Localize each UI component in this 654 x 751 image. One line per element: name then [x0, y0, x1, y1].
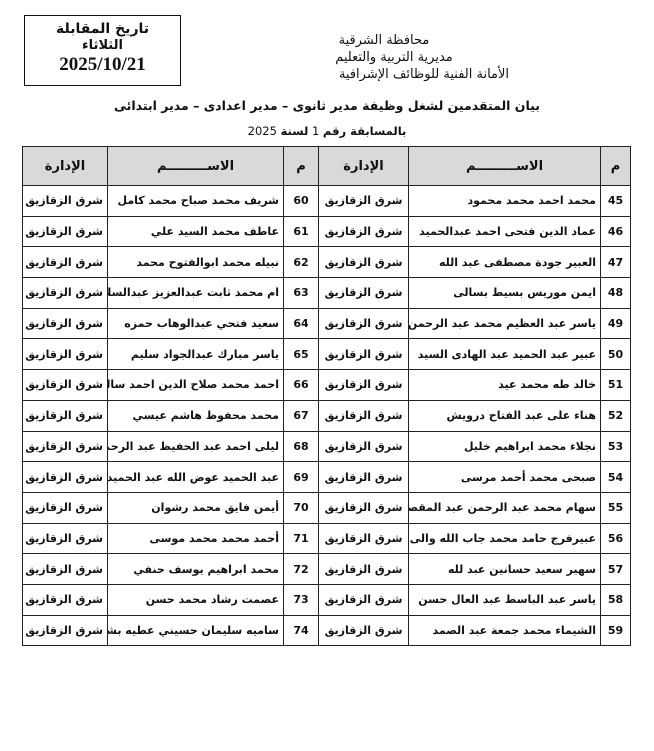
administration: شرق الزقازيق [23, 216, 108, 247]
column-header-administration: الإدارة [319, 147, 409, 186]
applicant-name: عبد الحميد عوض الله عبد الحميد [108, 462, 284, 493]
row-number: 49 [601, 308, 631, 339]
administration: شرق الزقازيق [319, 615, 409, 646]
applicant-name: سهام محمد عبد الرحمن عبد المقصود [409, 492, 601, 523]
administration: شرق الزقازيق [319, 247, 409, 278]
administration: شرق الزقازيق [23, 186, 108, 217]
row-number: 54 [601, 462, 631, 493]
administration: شرق الزقازيق [23, 554, 108, 585]
table-row: 46عماد الدين فتحى احمد عبدالحميدشرق الزق… [23, 216, 631, 247]
applicant-name: محمد محفوظ هاشم عيسي [108, 400, 284, 431]
competition-number: 1 [312, 124, 319, 138]
row-number: 48 [601, 278, 631, 309]
row-number: 57 [601, 554, 631, 585]
administration: شرق الزقازيق [319, 216, 409, 247]
applicant-name: ياسر عبد الباسط عبد العال حسن [409, 584, 601, 615]
administration: شرق الزقازيق [23, 370, 108, 401]
table-row: 56عبيرفرج حامد محمد جاب الله والىشرق الز… [23, 523, 631, 554]
subtitle-year-label: لسنة [281, 124, 309, 138]
table-row: 53نجلاء محمد ابراهيم خليلشرق الزقازيق68ل… [23, 431, 631, 462]
administration: شرق الزقازيق [319, 400, 409, 431]
applicant-name: عماد الدين فتحى احمد عبدالحميد [409, 216, 601, 247]
row-number: 64 [284, 308, 319, 339]
applicant-name: احمد محمد صلاح الدين احمد سالم [108, 370, 284, 401]
applicant-name: نبيله محمد ابوالفتوح محمد [108, 247, 284, 278]
administration: شرق الزقازيق [23, 462, 108, 493]
applicant-name: محمد ابراهيم يوسف حنفي [108, 554, 284, 585]
administration: شرق الزقازيق [23, 584, 108, 615]
applicant-name: أيمن فايق محمد رشوان [108, 492, 284, 523]
applicant-name: عصمت رشاد محمد حسن [108, 584, 284, 615]
row-number: 63 [284, 278, 319, 309]
applicant-name: نجلاء محمد ابراهيم خليل [409, 431, 601, 462]
table-row: 51خالد طه محمد عيدشرق الزقازيق66احمد محم… [23, 370, 631, 401]
column-header-name: الاســـــــــم [409, 147, 601, 186]
table-row: 47العبير جودة مصطفى عبد اللهشرق الزقازيق… [23, 247, 631, 278]
organization-header: محافظة الشرقية مديرية التربية والتعليم ا… [284, 32, 504, 83]
row-number: 70 [284, 492, 319, 523]
row-number: 58 [601, 584, 631, 615]
department-name: الأمانة الفنية للوظائف الإشرافية [284, 66, 564, 83]
row-number: 56 [601, 523, 631, 554]
column-header-number: م [284, 147, 319, 186]
applicant-name: شريف محمد صباح محمد كامل [108, 186, 284, 217]
document-subtitle: بالمسابقة رقم 1 لسنة 2025 [0, 124, 654, 138]
row-number: 74 [284, 615, 319, 646]
applicant-name: ايمن موريس بسيط بسالى [409, 278, 601, 309]
applicant-name: الشيماء محمد جمعة عبد الصمد [409, 615, 601, 646]
applicant-name: ياسر عبد العظيم محمد عبد الرحمن [409, 308, 601, 339]
interview-date: 2025/10/21 [25, 53, 180, 77]
row-number: 53 [601, 431, 631, 462]
row-number: 66 [284, 370, 319, 401]
row-number: 45 [601, 186, 631, 217]
row-number: 68 [284, 431, 319, 462]
table-row: 49ياسر عبد العظيم محمد عبد الرحمنشرق الز… [23, 308, 631, 339]
applicant-name: سهير سعيد حسانين عبد لله [409, 554, 601, 585]
administration: شرق الزقازيق [319, 492, 409, 523]
row-number: 52 [601, 400, 631, 431]
administration: شرق الزقازيق [319, 308, 409, 339]
administration: شرق الزقازيق [319, 584, 409, 615]
row-number: 65 [284, 339, 319, 370]
column-header-number: م [601, 147, 631, 186]
administration: شرق الزقازيق [23, 278, 108, 309]
competition-year: 2025 [248, 124, 277, 138]
administration: شرق الزقازيق [23, 615, 108, 646]
table-row: 54صبحى محمد أحمد مرسىشرق الزقازيق69عبد ا… [23, 462, 631, 493]
row-number: 50 [601, 339, 631, 370]
administration: شرق الزقازيق [319, 370, 409, 401]
administration: شرق الزقازيق [319, 462, 409, 493]
row-number: 67 [284, 400, 319, 431]
applicant-name: عبير عبد الحميد عبد الهادى السيد [409, 339, 601, 370]
administration: شرق الزقازيق [23, 308, 108, 339]
administration: شرق الزقازيق [23, 523, 108, 554]
row-number: 73 [284, 584, 319, 615]
applicant-name: محمد احمد محمد محمود [409, 186, 601, 217]
row-number: 51 [601, 370, 631, 401]
table-row: 57سهير سعيد حسانين عبد للهشرق الزقازيق72… [23, 554, 631, 585]
applicant-name: أحمد محمد محمد موسى [108, 523, 284, 554]
row-number: 47 [601, 247, 631, 278]
administration: شرق الزقازيق [319, 186, 409, 217]
applicants-table: م الاســـــــــم الإدارة م الاســـــــــ… [22, 146, 631, 646]
row-number: 46 [601, 216, 631, 247]
row-number: 55 [601, 492, 631, 523]
administration: شرق الزقازيق [319, 339, 409, 370]
applicant-name: ساميه سليمان حسيني عطيه بشر [108, 615, 284, 646]
row-number: 71 [284, 523, 319, 554]
interview-date-label: تاريخ المقابلة [25, 21, 180, 38]
administration: شرق الزقازيق [319, 554, 409, 585]
applicant-name: العبير جودة مصطفى عبد الله [409, 247, 601, 278]
subtitle-prefix: بالمسابقة رقم [323, 124, 406, 138]
administration: شرق الزقازيق [23, 492, 108, 523]
document-title: بيان المتقدمين لشغل وظيفة مدير ثانوى – م… [0, 98, 654, 113]
administration: شرق الزقازيق [23, 247, 108, 278]
table-row: 55سهام محمد عبد الرحمن عبد المقصودشرق ال… [23, 492, 631, 523]
table-row: 50عبير عبد الحميد عبد الهادى السيدشرق ال… [23, 339, 631, 370]
row-number: 72 [284, 554, 319, 585]
administration: شرق الزقازيق [319, 523, 409, 554]
row-number: 62 [284, 247, 319, 278]
row-number: 59 [601, 615, 631, 646]
table-row: 52هناء على عبد الفتاح درويششرق الزقازيق6… [23, 400, 631, 431]
table-row: 45محمد احمد محمد محمودشرق الزقازيق60شريف… [23, 186, 631, 217]
table-row: 59الشيماء محمد جمعة عبد الصمدشرق الزقازي… [23, 615, 631, 646]
row-number: 60 [284, 186, 319, 217]
column-header-name: الاســـــــــم [108, 147, 284, 186]
row-number: 61 [284, 216, 319, 247]
applicant-name: ام محمد ثابت عبدالعزيز عبدالسلام [108, 278, 284, 309]
interview-day: الثلاثاء [25, 38, 180, 53]
applicant-name: ليلى احمد عبد الحفيظ عبد الرحمن [108, 431, 284, 462]
administration: شرق الزقازيق [23, 339, 108, 370]
interview-date-box: تاريخ المقابلة الثلاثاء 2025/10/21 [24, 15, 181, 86]
applicant-name: عبيرفرج حامد محمد جاب الله والى [409, 523, 601, 554]
table-header-row: م الاســـــــــم الإدارة م الاســـــــــ… [23, 147, 631, 186]
table-row: 48ايمن موريس بسيط بسالىشرق الزقازيق63ام … [23, 278, 631, 309]
administration: شرق الزقازيق [319, 278, 409, 309]
administration: شرق الزقازيق [319, 431, 409, 462]
administration: شرق الزقازيق [23, 400, 108, 431]
applicant-name: سعيد فتحي عبدالوهاب حمزه [108, 308, 284, 339]
column-header-administration: الإدارة [23, 147, 108, 186]
row-number: 69 [284, 462, 319, 493]
administration: شرق الزقازيق [23, 431, 108, 462]
applicant-name: خالد طه محمد عيد [409, 370, 601, 401]
directorate-name: مديرية التربية والتعليم [284, 49, 504, 66]
applicant-name: عاطف محمد السيد علي [108, 216, 284, 247]
applicant-name: هناء على عبد الفتاح درويش [409, 400, 601, 431]
applicant-name: ياسر مبارك عبدالجواد سليم [108, 339, 284, 370]
governorate-name: محافظة الشرقية [284, 32, 484, 49]
applicant-name: صبحى محمد أحمد مرسى [409, 462, 601, 493]
table-row: 58ياسر عبد الباسط عبد العال حسنشرق الزقا… [23, 584, 631, 615]
